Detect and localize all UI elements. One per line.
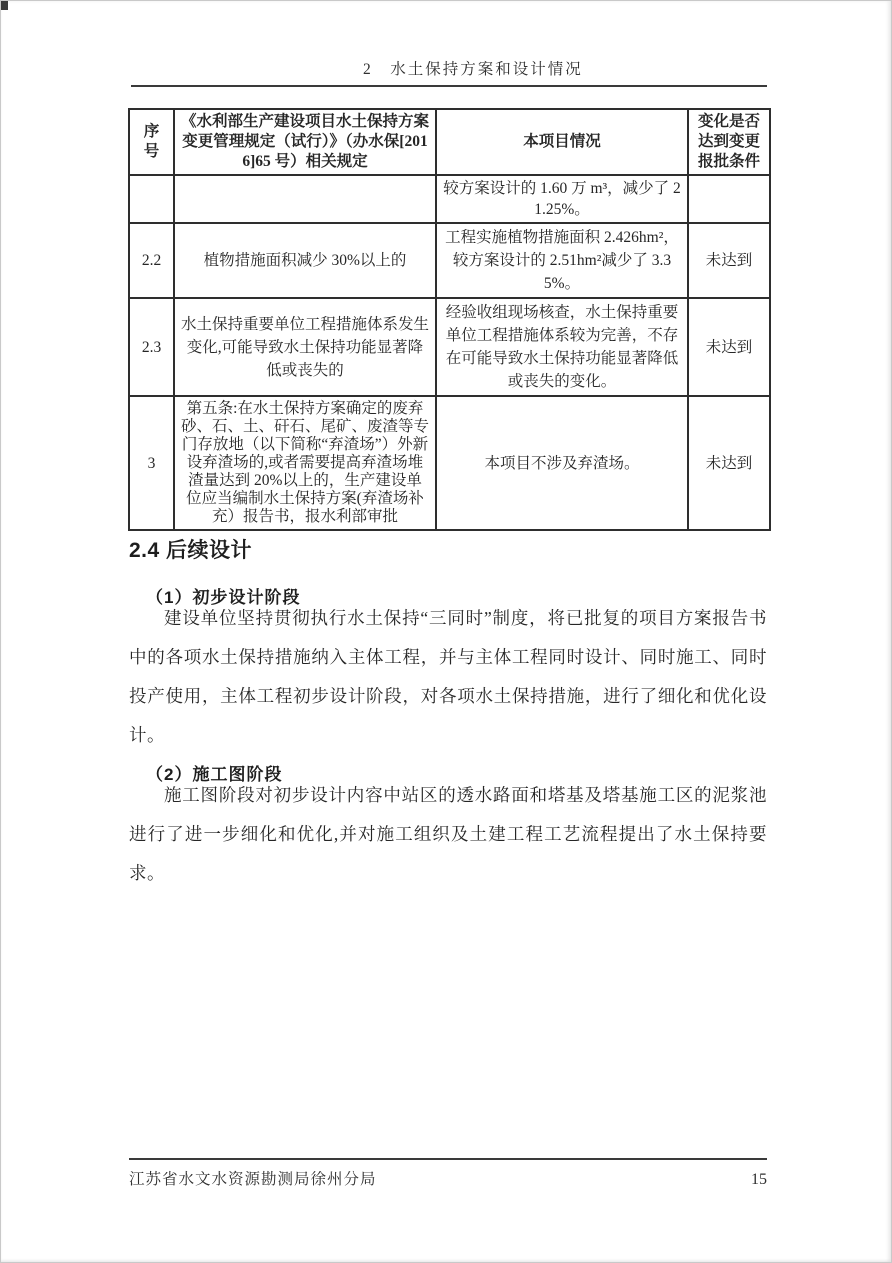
cell-situation: 工程实施植物措施面积 2.426hm²，较方案设计的 2.51hm²减少了 3.… — [436, 223, 688, 298]
cell-condition — [688, 175, 770, 223]
document-page: 2 水土保持方案和设计情况 序号 《水利部生产建设项目水土保持方案变更管理规定（… — [0, 0, 892, 1263]
section-heading-2-4: 2.4 后续设计 — [129, 534, 252, 564]
table-row-continuation: 较方案设计的 1.60 万 m³，减少了 21.25%。 — [129, 175, 770, 223]
footer-organization: 江苏省水文水资源勘测局徐州分局 — [129, 1167, 377, 1189]
cell-condition: 未达到 — [688, 396, 770, 530]
header-cell-regulation: 《水利部生产建设项目水土保持方案变更管理规定（试行）》（办水保[2016]65 … — [174, 109, 436, 175]
table-header-row: 序号 《水利部生产建设项目水土保持方案变更管理规定（试行）》（办水保[2016]… — [129, 109, 770, 175]
page-footer: 江苏省水文水资源勘测局徐州分局 15 — [129, 1158, 767, 1189]
cell-no: 2.3 — [129, 298, 174, 396]
header-cell-condition: 变化是否达到变更报批条件 — [688, 109, 770, 175]
cell-no: 2.2 — [129, 223, 174, 298]
cell-situation: 本项目不涉及弃渣场。 — [436, 396, 688, 530]
footer-page-number: 15 — [751, 1171, 767, 1189]
header-cell-no: 序号 — [129, 109, 174, 175]
cell-regulation: 植物措施面积减少 30%以上的 — [174, 223, 436, 298]
table-row-3: 3 第五条:在水土保持方案确定的废弃砂、石、土、矸石、尾矿、废渣等专门存放地（以… — [129, 396, 770, 530]
cell-condition: 未达到 — [688, 223, 770, 298]
paragraph-preliminary-design: 建设单位坚持贯彻执行水土保持“三同时”制度，将已批复的项目方案报告书中的各项水土… — [129, 599, 767, 755]
cell-regulation — [174, 175, 436, 223]
cell-no — [129, 175, 174, 223]
running-header-rule — [131, 85, 767, 87]
header-cell-situation: 本项目情况 — [436, 109, 688, 175]
scan-corner-artifact — [1, 1, 8, 10]
table-row-2-2: 2.2 植物措施面积减少 30%以上的 工程实施植物措施面积 2.426hm²，… — [129, 223, 770, 298]
regulation-comparison-table: 序号 《水利部生产建设项目水土保持方案变更管理规定（试行）》（办水保[2016]… — [128, 108, 771, 531]
cell-situation: 经验收组现场核查，水土保持重要单位工程措施体系较为完善，不存在可能导致水土保持功… — [436, 298, 688, 396]
cell-condition: 未达到 — [688, 298, 770, 396]
cell-no: 3 — [129, 396, 174, 530]
cell-regulation: 水土保持重要单位工程措施体系发生变化,可能导致水土保持功能显著降低或丧失的 — [174, 298, 436, 396]
cell-situation: 较方案设计的 1.60 万 m³，减少了 21.25%。 — [436, 175, 688, 223]
paragraph-construction-drawing: 施工图阶段对初步设计内容中站区的透水路面和塔基及塔基施工区的泥浆池进行了进一步细… — [129, 776, 767, 893]
table-row-2-3: 2.3 水土保持重要单位工程措施体系发生变化,可能导致水土保持功能显著降低或丧失… — [129, 298, 770, 396]
header-no-label: 序号 — [142, 122, 161, 162]
cell-regulation: 第五条:在水土保持方案确定的废弃砂、石、土、矸石、尾矿、废渣等专门存放地（以下简… — [174, 396, 436, 530]
running-header-title: 2 水土保持方案和设计情况 — [363, 57, 583, 79]
